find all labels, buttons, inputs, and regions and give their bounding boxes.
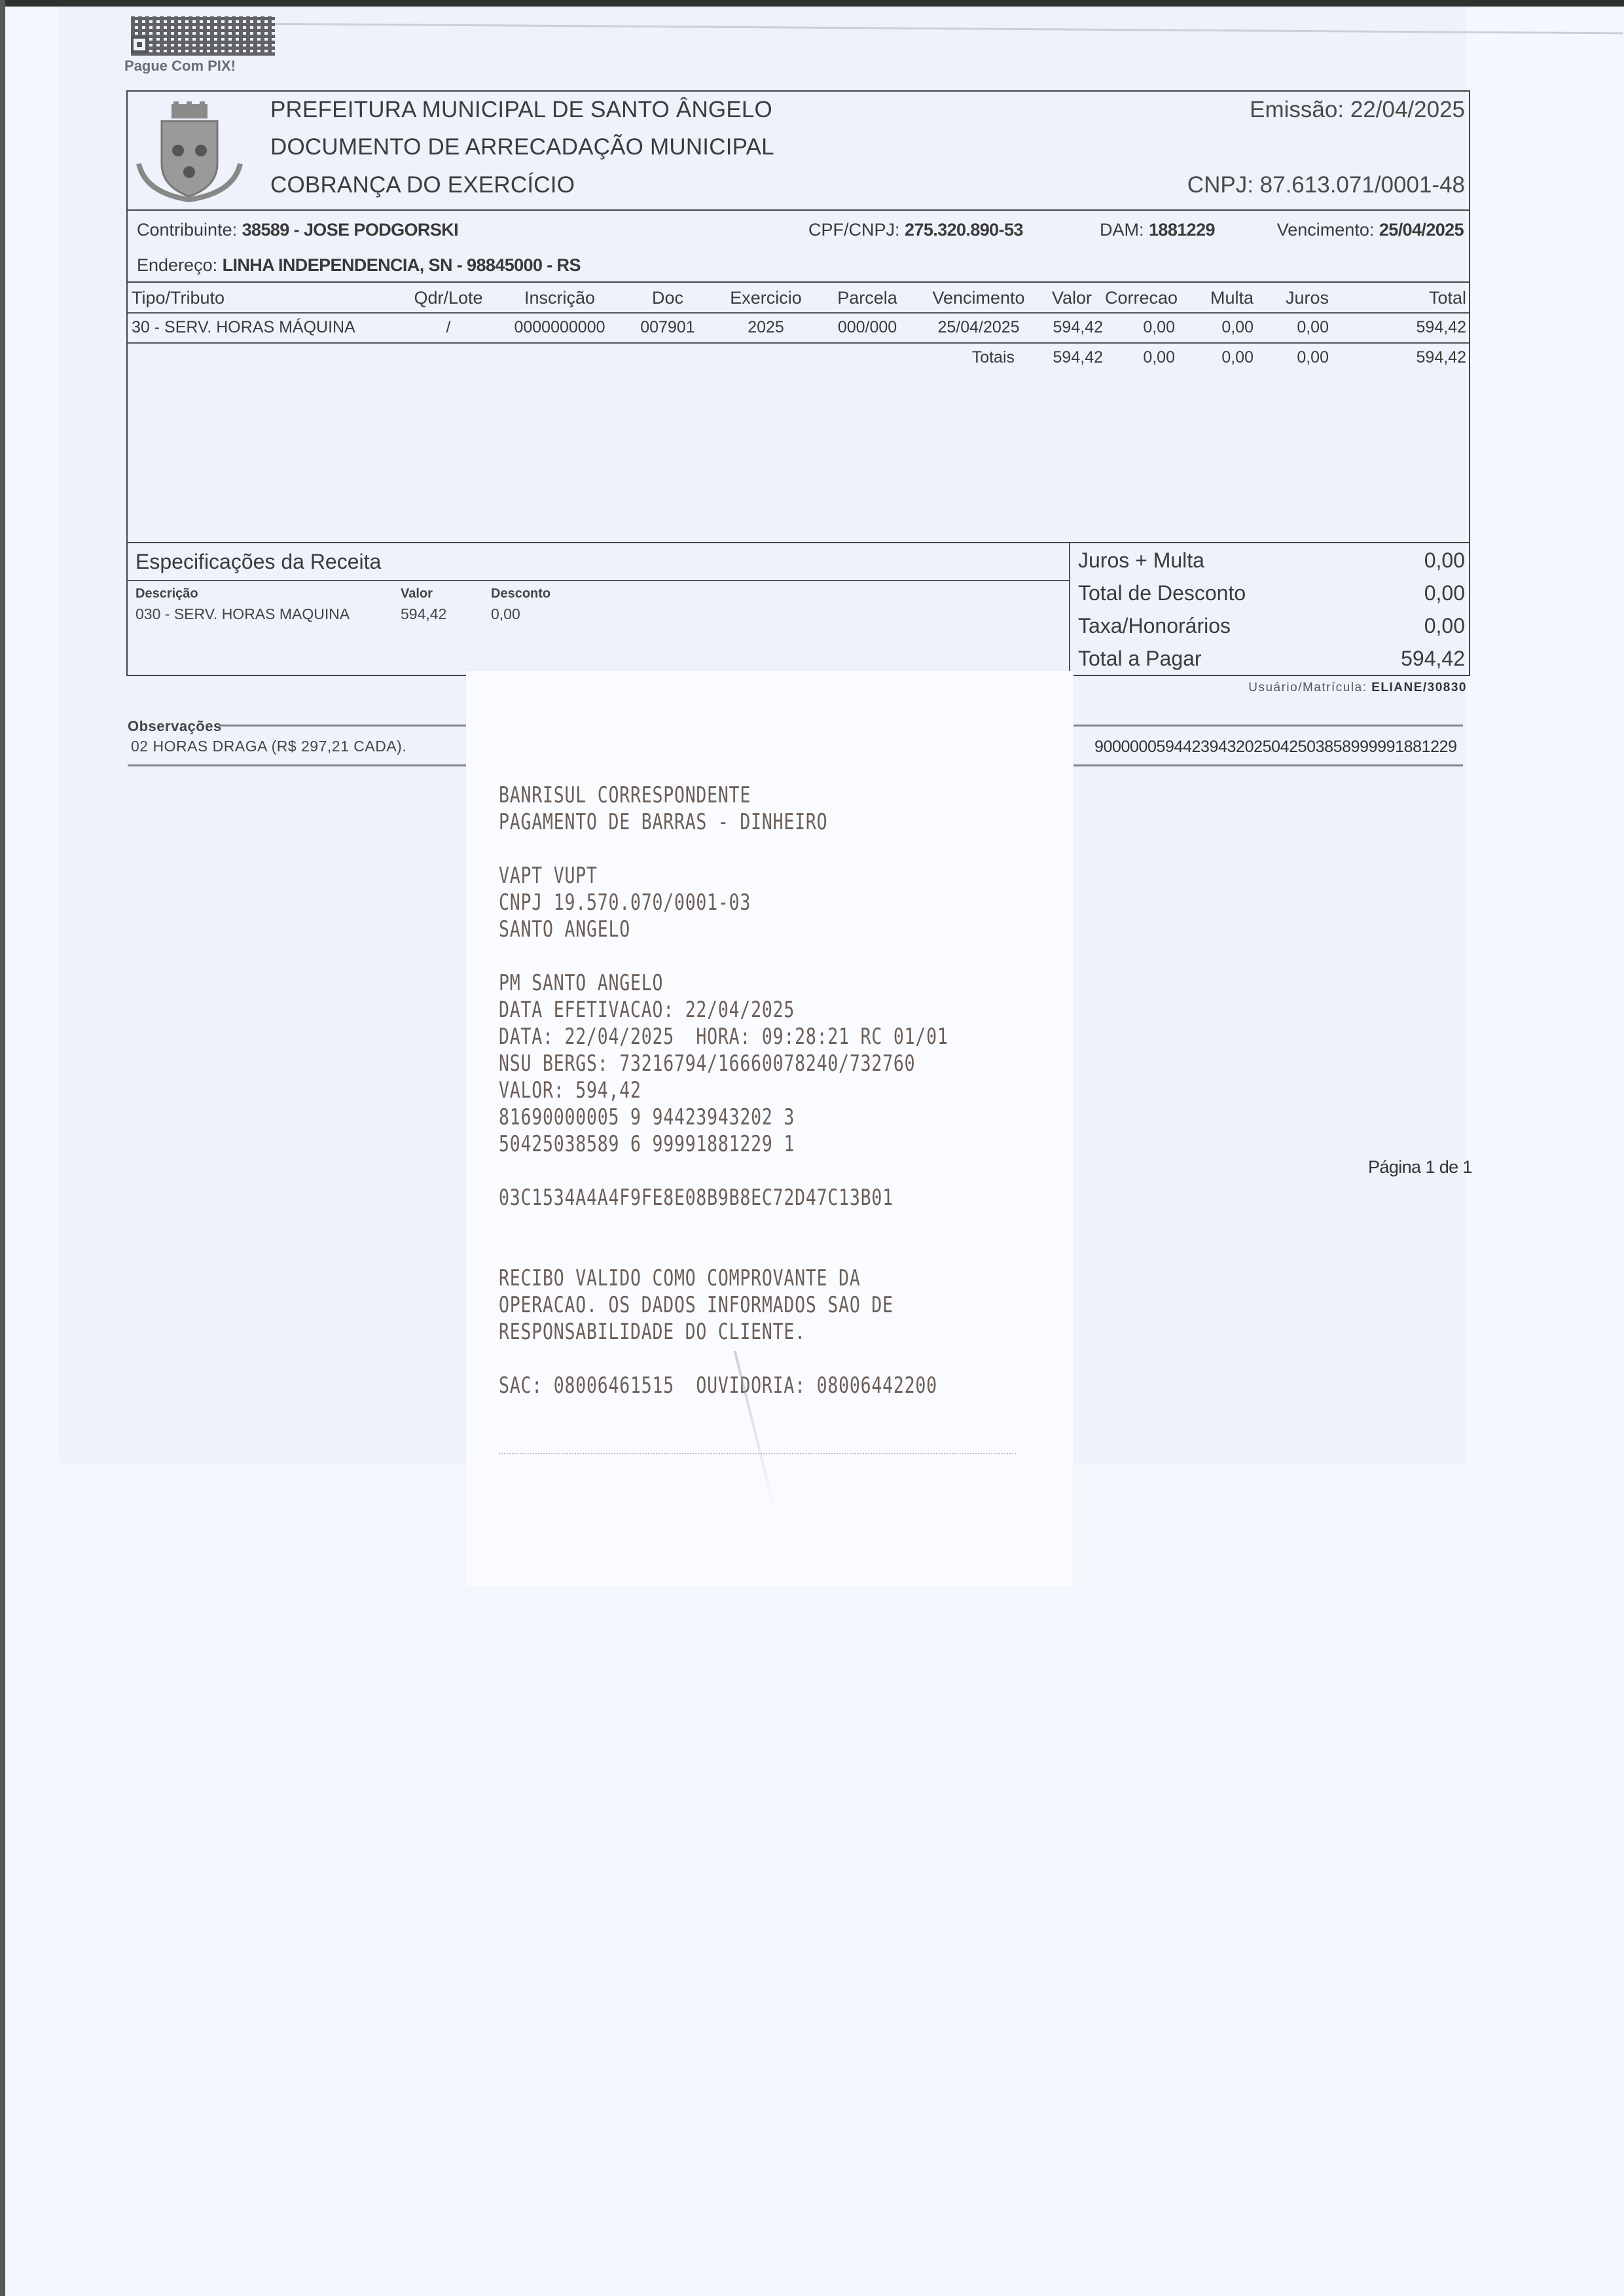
- receipt-line: DATA: 22/04/2025 HORA: 09:28:21 RC 01/01: [499, 1024, 948, 1050]
- receipt-line: BANRISUL CORRESPONDENTE: [499, 782, 751, 808]
- spec-col-desconto: Desconto: [491, 586, 550, 601]
- cell-qdr-lote: /: [409, 318, 488, 337]
- emissao-date: Emissão: 22/04/2025: [1250, 97, 1465, 123]
- receipt-line: 03C1534A4A4F9FE8E08B9B8EC72D47C13B01: [499, 1185, 893, 1211]
- summary-total-a-pagar: Total a Pagar594,42: [1078, 647, 1465, 678]
- prefeitura-title: PREFEITURA MUNICIPAL DE SANTO ÂNGELO: [270, 97, 772, 123]
- receipt-line: RECIBO VALIDO COMO COMPROVANTE DA: [499, 1265, 861, 1291]
- receipt-line: 50425038589 6 99991881229 1: [499, 1131, 795, 1157]
- receipt-line: DATA EFETIVACAO: 22/04/2025: [499, 997, 795, 1023]
- summary-total-desconto: Total de Desconto0,00: [1078, 581, 1465, 613]
- cell-total: 594,42: [1339, 318, 1466, 337]
- col-header-qdr-lote: Qdr/Lote: [409, 288, 488, 308]
- col-header-parcela: Parcela: [821, 288, 913, 308]
- totals-total: 594,42: [1339, 348, 1466, 367]
- observacoes-title: Observações: [128, 718, 222, 735]
- receipt-line: VAPT VUPT: [499, 863, 598, 889]
- col-header-multa: Multa: [1191, 288, 1254, 308]
- cpf-field: CPF/CNPJ: 275.320.890-53: [808, 220, 1023, 240]
- usuario-matricula: Usuário/Matrícula: ELIANE/30830: [1248, 681, 1467, 695]
- col-header-juros: Juros: [1263, 288, 1329, 308]
- col-header-vencimento: Vencimento: [916, 288, 1041, 308]
- dam-field: DAM: 1881229: [1100, 220, 1215, 240]
- pix-qr-code-icon: [131, 16, 275, 56]
- divider: [1069, 543, 1070, 675]
- table-totals-row: Totais594,420,000,000,00594,42: [128, 343, 1469, 372]
- totals-correcao: 0,00: [1106, 348, 1175, 367]
- payment-receipt: BANRISUL CORRESPONDENTEPAGAMENTO DE BARR…: [466, 671, 1074, 1587]
- vencimento-field: Vencimento: 25/04/2025: [1277, 220, 1464, 240]
- table-row: 30 - SERV. HORAS MÁQUINA/000000000000790…: [128, 313, 1469, 344]
- receipt-line: 81690000005 9 94423943202 3: [499, 1104, 795, 1130]
- receipt-line: SAC: 08006461515 OUVIDORIA: 08006442200: [499, 1372, 937, 1399]
- cell-tipo: 30 - SERV. HORAS MÁQUINA: [132, 318, 406, 337]
- contribuinte-field: Contribuinte: 38589 - JOSE PODGORSKI: [137, 220, 458, 240]
- cell-inscricao: 0000000000: [494, 318, 625, 337]
- col-header-doc: Doc: [628, 288, 707, 308]
- scanner-left-edge: [0, 0, 5, 2296]
- cell-valor: 594,42: [1047, 318, 1103, 337]
- summary-taxa-honorarios: Taxa/Honorários0,00: [1078, 614, 1465, 645]
- receipt-line: PAGAMENTO DE BARRAS - DINHEIRO: [499, 809, 827, 835]
- tributo-table: Tipo/TributoQdr/LoteInscriçãoDocExercici…: [126, 281, 1470, 543]
- col-header-total: Total: [1339, 288, 1466, 308]
- col-header-exercicio: Exercicio: [717, 288, 815, 308]
- spec-item-valor: 594,42: [401, 605, 446, 623]
- col-header-inscricao: Inscrição: [494, 288, 625, 308]
- observacoes-text: 02 HORAS DRAGA (R$ 297,21 CADA).: [131, 738, 406, 755]
- spec-item-descricao: 030 - SERV. HORAS MAQUINA: [135, 605, 350, 623]
- cell-multa: 0,00: [1191, 318, 1254, 337]
- totals-vencimento: Totais: [916, 348, 1015, 367]
- cell-correcao: 0,00: [1106, 318, 1175, 337]
- document-header: PREFEITURA MUNICIPAL DE SANTO ÂNGELO DOC…: [126, 90, 1470, 211]
- cell-exercicio: 2025: [717, 318, 815, 337]
- receipt-line: CNPJ 19.570.070/0001-03: [499, 889, 751, 916]
- spec-col-descricao: Descrição: [135, 586, 198, 601]
- receipt-line: SANTO ANGELO: [499, 916, 630, 942]
- receipt-line: VALOR: 594,42: [499, 1077, 641, 1103]
- table-header-row: Tipo/TributoQdr/LoteInscriçãoDocExercici…: [128, 283, 1469, 314]
- cell-juros: 0,00: [1263, 318, 1329, 337]
- prefeitura-cnpj: CNPJ: 87.613.071/0001-48: [1187, 172, 1465, 198]
- receipt-line: NSU BERGS: 73216794/16660078240/732760: [499, 1050, 915, 1077]
- page-number: Página 1 de 1: [1368, 1157, 1472, 1177]
- cell-parcela: 000/000: [821, 318, 913, 337]
- taxpayer-info: Contribuinte: 38589 - JOSE PODGORSKI CPF…: [126, 209, 1470, 283]
- totals-juros: 0,00: [1263, 348, 1329, 367]
- summary-juros-multa: Juros + Multa0,00: [1078, 548, 1465, 580]
- col-header-valor: Valor: [1052, 288, 1108, 308]
- receipt-tear-line: [499, 1453, 1016, 1454]
- barcode-number: 9000000594423943202504250385899999188122…: [1094, 738, 1457, 757]
- receipt-line: OPERACAO. OS DADOS INFORMADOS SAO DE: [499, 1292, 893, 1318]
- spec-item-desconto: 0,00: [491, 605, 520, 623]
- receipt-line: RESPONSABILIDADE DO CLIENTE.: [499, 1319, 806, 1345]
- cell-doc: 007901: [628, 318, 707, 337]
- especificacoes-receita: Especificações da Receita Descrição Valo…: [126, 542, 1470, 676]
- col-header-correcao: Correcao: [1105, 288, 1174, 308]
- municipal-coat-of-arms-icon: [135, 101, 244, 203]
- spec-col-valor: Valor: [401, 586, 433, 601]
- spec-title: Especificações da Receita: [135, 550, 381, 574]
- document-subtitle: COBRANÇA DO EXERCÍCIO: [270, 172, 575, 198]
- totals-valor: 594,42: [1047, 348, 1103, 367]
- receipt-line: PM SANTO ANGELO: [499, 970, 663, 996]
- pix-label: Pague Com PIX!: [124, 58, 236, 75]
- endereco-field: Endereço: LINHA INDEPENDENCIA, SN - 9884…: [137, 255, 581, 276]
- scanner-top-edge: [0, 0, 1624, 7]
- totals-multa: 0,00: [1191, 348, 1254, 367]
- document-type-title: DOCUMENTO DE ARRECADAÇÃO MUNICIPAL: [270, 134, 774, 160]
- col-header-tipo: Tipo/Tributo: [132, 288, 406, 308]
- divider: [128, 580, 1069, 581]
- cell-vencimento: 25/04/2025: [916, 318, 1041, 337]
